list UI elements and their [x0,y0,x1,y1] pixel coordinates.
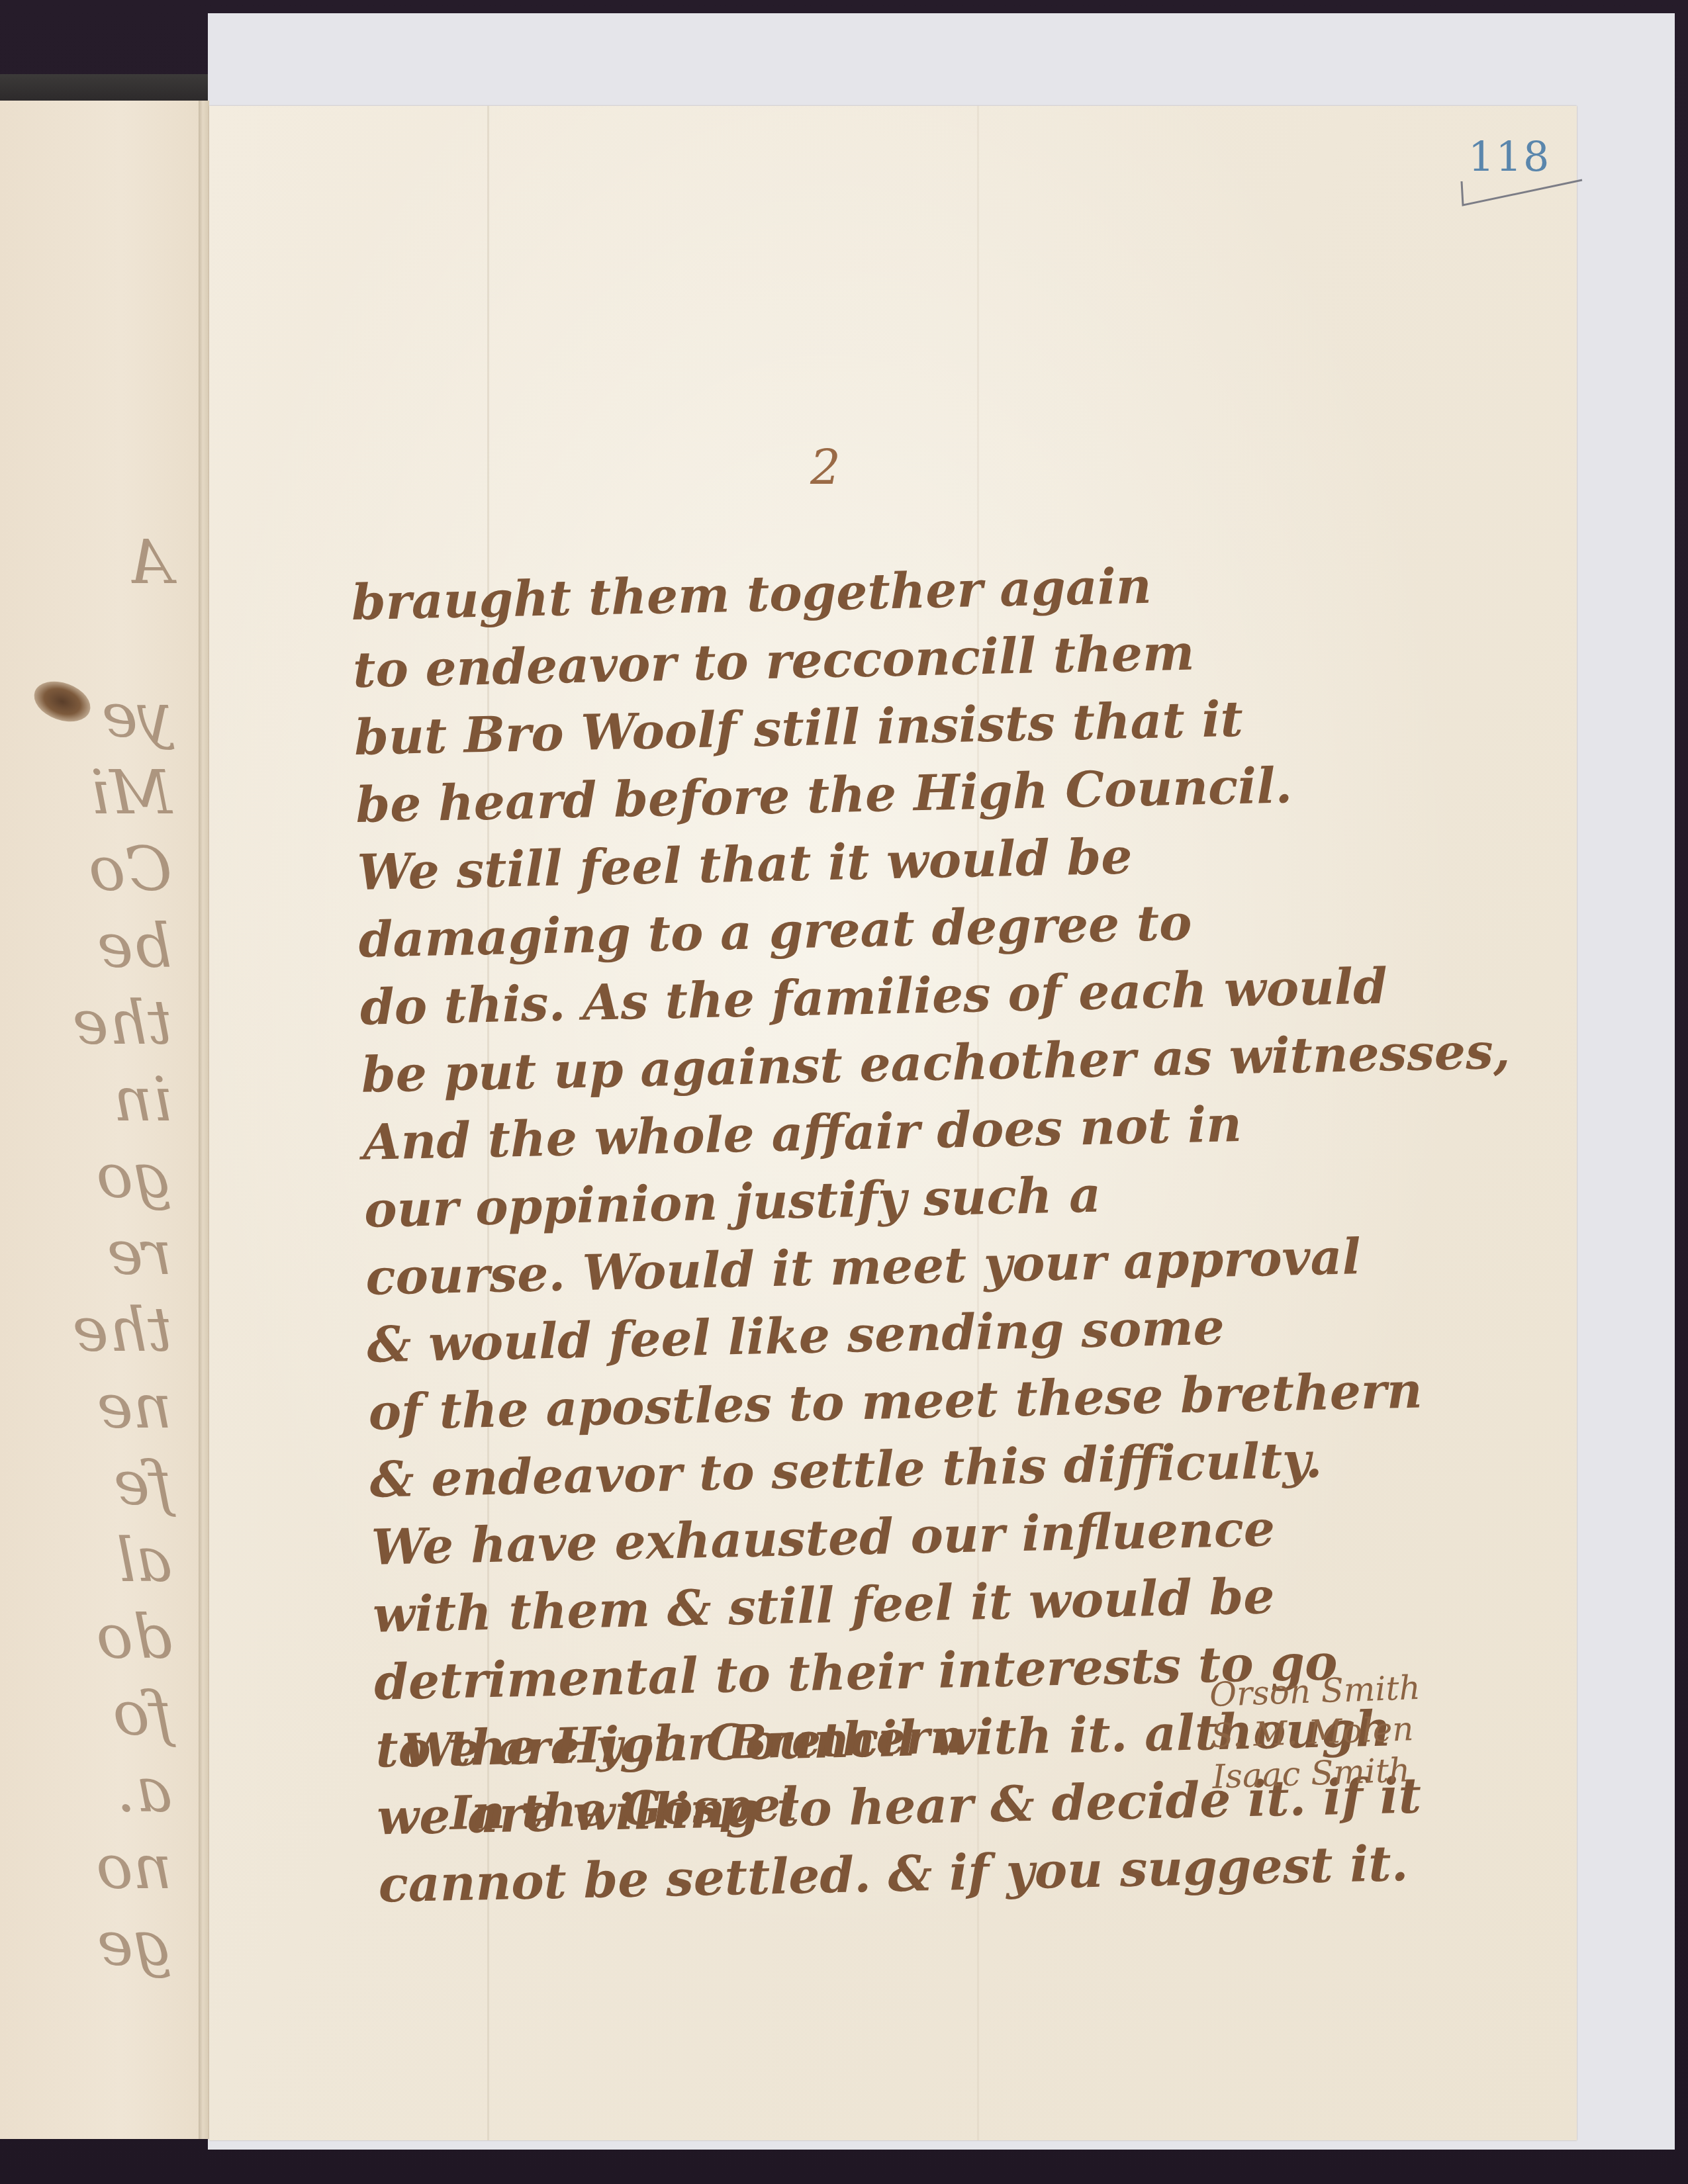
signature: Orson Smith [1209,1667,1421,1715]
letter-closing: We are your Brethern In the Gospel. [401,1705,966,1846]
book-gutter [199,101,209,2139]
page-number: 2 [810,440,841,496]
signature: S. M. Molen [1210,1708,1423,1756]
folio-check-mark-icon [1459,179,1585,208]
signature-block: Orson Smith S. M. Molen Isaac Smith [1209,1667,1424,1797]
facing-page: A ye Mi Co be the in go re the ne fe al … [0,101,203,2139]
bleed-through-text: A ye Mi Co be the in go re the ne fe al … [0,524,172,1983]
manuscript-page: 118 2 braught them together again to end… [209,106,1577,2140]
folio-number: 118 [1468,132,1550,181]
signature: Isaac Smith [1211,1749,1424,1797]
book-cover-edge [0,74,212,101]
